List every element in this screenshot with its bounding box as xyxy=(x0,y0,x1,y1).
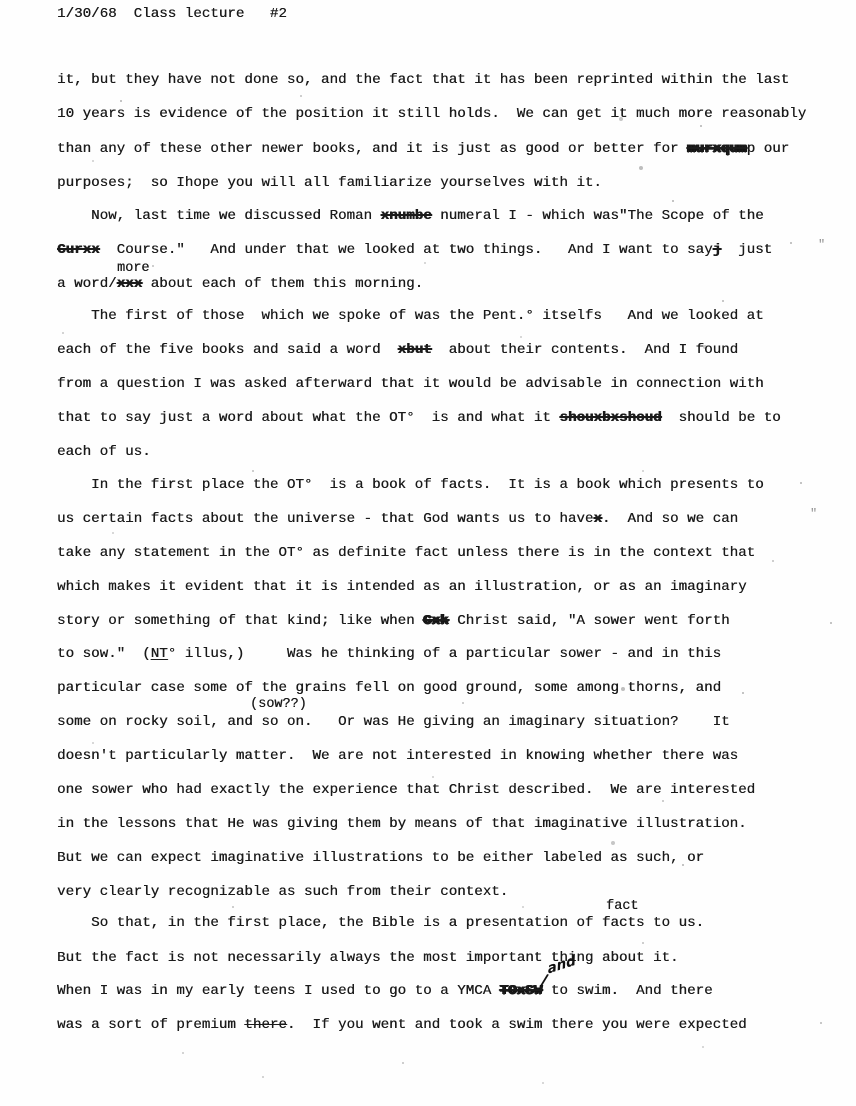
text-line: So that, in the first place, the Bible i… xyxy=(57,915,704,932)
typed-text: . If you went and took a swim there you … xyxy=(287,1017,747,1033)
document-page: 1/30/68 Class lecture #2 it, but they ha… xyxy=(0,0,856,1106)
text-line: a word/xxx about each of them this morni… xyxy=(57,276,423,293)
interlinear-insertion: fact xyxy=(606,899,638,914)
typed-text: in the lessons that He was giving them b… xyxy=(57,816,747,832)
text-line: that to say just a word about what the O… xyxy=(57,410,781,427)
interlinear-insertion: (sow??) xyxy=(250,697,307,712)
blacked-out-word: Cxk xyxy=(423,613,449,629)
typed-text: was a sort of premium xyxy=(57,1017,244,1033)
text-line: purposes; so Ihope you will all familiar… xyxy=(57,175,602,192)
typed-text: a word/ xyxy=(57,276,117,292)
overstruck-word: j xyxy=(713,242,722,258)
typed-text: us certain facts about the universe - th… xyxy=(57,511,593,527)
typed-text: Now, last time we discussed Roman xyxy=(57,208,381,224)
typed-text: purposes; so Ihope you will all familiar… xyxy=(57,175,602,191)
typed-text: Christ said, "A sower went forth xyxy=(449,613,730,629)
text-line: to sow." (NT° illus,) Was he thinking of… xyxy=(57,646,721,663)
text-line: each of the five books and said a word x… xyxy=(57,342,738,359)
typed-text: which makes it evident that it is intend… xyxy=(57,579,747,595)
typed-text: it, but they have not done so, and the f… xyxy=(57,72,789,88)
overstruck-word: xxx xyxy=(117,276,143,292)
text-line: The first of those which we spoke of was… xyxy=(57,308,764,325)
typed-text: about each of them this morning. xyxy=(142,276,423,292)
typed-text: each of the five books and said a word xyxy=(57,342,398,358)
typed-text: each of us. xyxy=(57,444,151,460)
text-line: very clearly recognizable as such from t… xyxy=(57,884,508,901)
typed-text: numeral I - which was"The Scope of the xyxy=(432,208,764,224)
page-header: 1/30/68 Class lecture #2 xyxy=(57,6,287,22)
typed-text: to sow." ( xyxy=(57,646,151,662)
typed-text: to swim. And there xyxy=(542,983,712,999)
typed-text: just xyxy=(721,242,772,258)
overstruck-word: shouxbxshoud xyxy=(559,410,661,426)
typed-text: . And so we can xyxy=(602,511,738,527)
text-line: each of us. xyxy=(57,444,151,461)
text-line: When I was in my early teens I used to g… xyxy=(57,983,713,1000)
typed-text: take any statement in the OT° as definit… xyxy=(57,545,755,561)
typed-text: In the first place the OT° is a book of … xyxy=(57,477,764,493)
typed-text: than any of these other newer books, and… xyxy=(57,141,687,157)
scan-noise xyxy=(0,0,2,2)
text-line: take any statement in the OT° as definit… xyxy=(57,545,755,562)
text-line: doesn't particularly matter. We are not … xyxy=(57,748,738,765)
overstruck-word: xbut xyxy=(398,342,432,358)
text-line: some on rocky soil, and so on. Or was He… xyxy=(57,714,730,731)
interlinear-insertion: " xyxy=(818,238,825,252)
text-line: one sower who had exactly the experience… xyxy=(57,782,755,799)
text-line: story or something of that kind; like wh… xyxy=(57,613,730,630)
typed-text: one sower who had exactly the experience… xyxy=(57,782,755,798)
typed-text: particular case some of the grains fell … xyxy=(57,680,721,696)
text-line: us certain facts about the universe - th… xyxy=(57,511,738,528)
overstruck-word: x xyxy=(593,511,602,527)
typed-text: story or something of that kind; like wh… xyxy=(57,613,423,629)
typed-text: some on rocky soil, and so on. Or was He… xyxy=(57,714,730,730)
text-line: 10 years is evidence of the position it … xyxy=(57,106,806,123)
typed-text: p our xyxy=(747,141,790,157)
text-line: from a question I was asked afterward th… xyxy=(57,376,764,393)
blacked-out-word: TOxSW xyxy=(500,983,543,999)
overstruck-word: xnumbe xyxy=(381,208,432,224)
typed-text: But the fact is not necessarily always t… xyxy=(57,950,679,966)
interlinear-insertion: " xyxy=(810,507,817,521)
typed-text: But we can expect imaginative illustrati… xyxy=(57,850,704,866)
typed-text: from a question I was asked afterward th… xyxy=(57,376,764,392)
text-line: In the first place the OT° is a book of … xyxy=(57,477,764,494)
typed-text: So that, in the first place, the Bible i… xyxy=(57,915,704,931)
typed-text: that to say just a word about what the O… xyxy=(57,410,559,426)
text-line: But we can expect imaginative illustrati… xyxy=(57,850,704,867)
typed-text: about their contents. And I found xyxy=(432,342,739,358)
typed-text: 10 years is evidence of the position it … xyxy=(57,106,806,122)
typed-text: should be to xyxy=(662,410,781,426)
text-line: Curxx Course." And under that we looked … xyxy=(57,242,772,259)
underlined-abbrev: NT xyxy=(151,646,168,662)
overstruck-word: Curxx xyxy=(57,242,100,258)
typed-text: ° illus,) Was he thinking of a particula… xyxy=(168,646,721,662)
typed-text: doesn't particularly matter. We are not … xyxy=(57,748,738,764)
text-line: particular case some of the grains fell … xyxy=(57,680,721,697)
text-line: than any of these other newer books, and… xyxy=(57,141,789,158)
text-line: was a sort of premium there. If you went… xyxy=(57,1017,747,1034)
typed-text: When I was in my early teens I used to g… xyxy=(57,983,500,999)
text-line: Now, last time we discussed Roman xnumbe… xyxy=(57,208,764,225)
blacked-out-word: murxqum xyxy=(687,141,747,157)
text-line: in the lessons that He was giving them b… xyxy=(57,816,747,833)
text-line: But the fact is not necessarily always t… xyxy=(57,950,679,967)
text-line: which makes it evident that it is intend… xyxy=(57,579,747,596)
typed-text: very clearly recognizable as such from t… xyxy=(57,884,508,900)
interlinear-insertion: more xyxy=(117,261,149,276)
text-line: it, but they have not done so, and the f… xyxy=(57,72,789,89)
typed-text: Course." And under that we looked at two… xyxy=(100,242,713,258)
typed-text: The first of those which we spoke of was… xyxy=(57,308,764,324)
struck-word: there xyxy=(244,1017,287,1033)
